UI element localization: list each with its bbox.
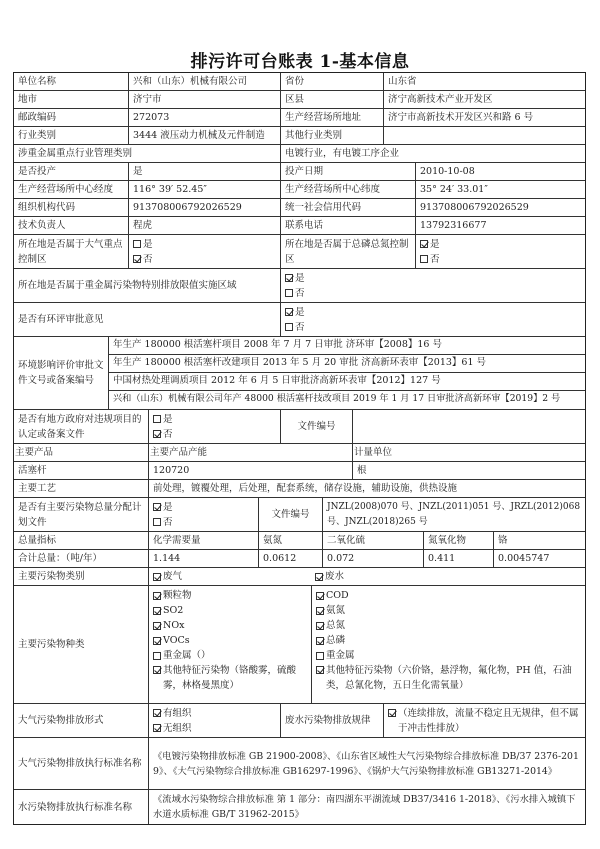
totals-header: 氮氧化物 — [424, 532, 494, 549]
checkbox-no[interactable]: 否 — [285, 320, 581, 335]
option-label: 是 — [143, 237, 153, 252]
other-industry-label: 其他行业类别 — [281, 127, 384, 144]
checkbox-checked-icon — [420, 240, 428, 248]
table-row: 技术负责人 程虎 联系电话 13792316677 — [14, 217, 585, 235]
checkbox-checked-icon — [285, 274, 293, 282]
checkbox-no[interactable]: 否 — [285, 286, 581, 301]
checkbox-yes[interactable]: 是 — [420, 237, 581, 252]
eia-section: 环境影响评价审批文件文号或备案编号 年生产 180000 根活塞杆项目 2008… — [14, 337, 585, 410]
product-row: 活塞杆 120720 根 — [14, 462, 585, 480]
option-label: 否 — [295, 286, 305, 301]
county-value: 济宁高新技术产业开发区 — [384, 91, 585, 108]
checkbox-checked-icon — [316, 622, 324, 630]
product-name: 活塞杆 — [14, 462, 149, 479]
pollutant-category-row: 主要污染物类别 废气 废水 — [14, 568, 585, 586]
eia-label: 环境影响评价审批文件文号或备案编号 — [14, 337, 109, 409]
checkbox-checked-icon — [153, 607, 161, 615]
checkbox-yes[interactable]: 是 — [285, 271, 581, 286]
checkbox-item[interactable]: 重金属 — [316, 648, 581, 663]
option-label: 否 — [163, 427, 173, 442]
option-label: 其他特征污染物（铬酸雾，硫酸雾，林格曼黑度） — [163, 663, 307, 693]
totals-header: 氨氮 — [259, 532, 323, 549]
products-header: 主要产品 — [14, 444, 149, 461]
phone-label: 联系电话 — [281, 217, 416, 234]
allocation-label: 是否有主要污染物总量分配计划文件 — [14, 498, 149, 531]
local-gov-file-no-value — [353, 410, 585, 443]
checkbox-item[interactable]: 总氮 — [316, 618, 581, 633]
latitude-value: 35° 24′ 33.01″ — [416, 181, 585, 198]
checkbox-checked-icon — [285, 308, 293, 316]
heavy-metal-value: 电镀行业，有电镀工序企业 — [281, 145, 585, 162]
eia-item: 年生产 180000 根活塞杆项目 2008 年 7 月 7 日审批 济环审【2… — [109, 337, 585, 355]
checkbox-yes[interactable]: 是 — [153, 500, 254, 515]
longitude-label: 生产经营场所中心经度 — [14, 181, 129, 198]
checkbox-item[interactable]: 氨氮 — [316, 603, 581, 618]
option-label: 是 — [430, 237, 440, 252]
table-row: 所在地是否属于重金属污染物特别排放限值实施区域 是 否 — [14, 269, 585, 303]
local-gov-options: 是 否 — [149, 410, 281, 443]
option-label: 是 — [163, 412, 173, 427]
checkbox-icon — [153, 652, 161, 660]
totals-value: 0.072 — [323, 550, 424, 567]
water-standards-value: 《流域水污染物综合排放标准 第 1 部分：南四湖东平湖流域 DB37/3416 … — [149, 790, 585, 824]
table-row: 涉重金属重点行业管理类别 电镀行业，有电镀工序企业 — [14, 145, 585, 163]
air-key-zone-label: 所在地是否属于大气重点控制区 — [14, 235, 129, 268]
checkbox-checked-icon — [153, 592, 161, 600]
postcode-value: 272073 — [129, 109, 281, 126]
in-production-value: 是 — [129, 163, 281, 180]
unit-name-value: 兴和（山东）机械有限公司 — [129, 73, 281, 90]
totals-values-row: 合计总量：（吨/年） 1.144 0.0612 0.072 0.411 0.00… — [14, 550, 585, 568]
checkbox-checked-icon — [316, 592, 324, 600]
phone-value: 13792316677 — [416, 217, 585, 234]
process-row: 主要工艺 前处理，镀覆处理，后处理，配套系统，储存设施，辅助设施，供热设施 — [14, 480, 585, 498]
process-value: 前处理，镀覆处理，后处理，配套系统，储存设施，辅助设施，供热设施 — [149, 480, 585, 497]
credit-code-value: 913708006792026529 — [416, 199, 585, 216]
unit-name-label: 单位名称 — [14, 73, 129, 90]
totals-header-row: 总量指标 化学需要量 氨氮 二氧化硫 氮氧化物 铬 — [14, 532, 585, 550]
option-label: VOCs — [163, 633, 190, 648]
products-header-row: 主要产品 主要产品产能 计量单位 — [14, 444, 585, 462]
checkbox-checked-icon — [153, 622, 161, 630]
totals-header: 总量指标 — [14, 532, 149, 549]
option-label: 总磷 — [326, 633, 345, 648]
production-date-label: 投产日期 — [281, 163, 416, 180]
air-emission-form-options: 有组织 无组织 — [149, 704, 281, 737]
checkbox-unorganized[interactable]: 无组织 — [153, 721, 276, 736]
checkbox-item[interactable]: VOCs — [153, 633, 307, 648]
unit-header: 计量单位 — [353, 444, 585, 461]
pollutant-category-water: 废水 — [311, 568, 585, 585]
eia-item: 兴和（山东）机械有限公司年产 48000 根活塞杆技改项目 2019 年 1 月… — [109, 391, 585, 409]
checkbox-yes[interactable]: 是 — [153, 412, 276, 427]
tpn-zone-label: 所在地是否属于总磷总氮控制区 — [281, 235, 416, 268]
table-row: 是否投产 是 投产日期 2010-10-08 — [14, 163, 585, 181]
eia-item: 年生产 180000 根活塞杆改建项目 2013 年 5 月 20 审批 济高新… — [109, 355, 585, 373]
option-label: 颗粒物 — [163, 588, 192, 603]
allocation-file-no-value: JNZL(2008)070 号、JNZL(2011)051 号、JRZL(201… — [323, 498, 585, 531]
product-capacity: 120720 — [149, 462, 353, 479]
eia-opinion-options: 是 否 — [281, 303, 585, 336]
checkbox-checked-icon — [153, 666, 161, 674]
checkbox-yes[interactable]: 是 — [133, 237, 276, 252]
air-standards-row: 大气污染物排放执行标准名称 《电镀污染物排放标准 GB 21900-2008》、… — [14, 738, 585, 790]
table-row: 组织机构代码 913708006792026529 统一社会信用代码 91370… — [14, 199, 585, 217]
other-industry-value — [384, 127, 585, 144]
postcode-label: 邮政编码 — [14, 109, 129, 126]
checkbox-icon — [420, 255, 428, 263]
air-standards-label: 大气污染物排放执行标准名称 — [14, 738, 149, 789]
option-label: 无组织 — [163, 721, 192, 736]
water-standards-label: 水污染物排放执行标准名称 — [14, 790, 149, 824]
city-label: 地市 — [14, 91, 129, 108]
city-value: 济宁市 — [129, 91, 281, 108]
heavy-metal-zone-options: 是 否 — [281, 269, 585, 302]
checkbox-item[interactable]: NOx — [153, 618, 307, 633]
capacity-header: 主要产品产能 — [149, 444, 353, 461]
checkbox-no[interactable]: 否 — [153, 427, 276, 442]
production-date-value: 2010-10-08 — [416, 163, 585, 180]
option-label: 否 — [295, 320, 305, 335]
latitude-label: 生产经营场所中心纬度 — [281, 181, 416, 198]
checkbox-checked-icon — [153, 503, 161, 511]
local-gov-file-no-label: 文件编号 — [281, 410, 353, 443]
checkbox-yes[interactable]: 是 — [285, 305, 581, 320]
table-row: 单位名称 兴和（山东）机械有限公司 省份 山东省 — [14, 73, 585, 91]
checkbox-item[interactable]: SO2 — [153, 603, 307, 618]
longitude-value: 116° 39′ 52.45″ — [129, 181, 281, 198]
option-label: COD — [326, 588, 349, 603]
checkbox-no[interactable]: 否 — [420, 252, 581, 267]
option-label: 否 — [163, 515, 173, 530]
tech-lead-value: 程虎 — [129, 217, 281, 234]
page-title: 排污许可台账表 1-基本信息 — [0, 47, 600, 72]
tpn-zone-options: 是 否 — [416, 235, 585, 268]
checkbox-icon — [285, 289, 293, 297]
option-label: （连续排放，流量不稳定且无规律，但不属于冲击性排放） — [398, 706, 581, 736]
allocation-options: 是 否 — [149, 498, 259, 531]
eia-item: 中国材热处理调质项目 2012 年 6 月 5 日审批济高新环表审【2012】1… — [109, 373, 585, 391]
checkbox-item[interactable]: 其他特征污染物（六价铬，悬浮物，氟化物，PH 值，石油类，总氰化物，五日生化需氧… — [316, 663, 581, 693]
checkbox-icon — [285, 323, 293, 331]
checkbox-checked-icon — [315, 573, 323, 581]
county-label: 区县 — [281, 91, 384, 108]
checkbox-checked-icon — [316, 607, 324, 615]
option-label: 总氮 — [326, 618, 345, 633]
emission-form-row: 大气污染物排放形式 有组织 无组织 废水污染物排放规律 （连续排放，流量不稳定且… — [14, 704, 585, 738]
water-emission-pattern-value: （连续排放，流量不稳定且无规律，但不属于冲击性排放） — [384, 704, 585, 737]
allocation-file-no-label: 文件编号 — [259, 498, 323, 531]
checkbox-no[interactable]: 否 — [133, 252, 276, 267]
option-label: 废水 — [325, 569, 344, 584]
checkbox-icon — [153, 518, 161, 526]
option-label: NOx — [163, 618, 184, 633]
checkbox-air[interactable]: 废气 — [153, 569, 307, 584]
checkbox-item[interactable]: 颗粒物 — [153, 588, 307, 603]
checkbox-checked-icon — [133, 255, 141, 263]
heavy-metal-zone-label: 所在地是否属于重金属污染物特别排放限值实施区域 — [14, 269, 281, 302]
province-label: 省份 — [281, 73, 384, 90]
checkbox-no[interactable]: 否 — [153, 515, 254, 530]
local-gov-label: 是否有地方政府对违规项目的认定或备案文件 — [14, 410, 149, 443]
option-label: 氨氮 — [326, 603, 345, 618]
table-row: 行业类别 3444 液压动力机械及元件制造 其他行业类别 — [14, 127, 585, 145]
checkbox-icon — [153, 415, 161, 423]
table-row: 生产经营场所中心经度 116° 39′ 52.45″ 生产经营场所中心纬度 35… — [14, 181, 585, 199]
industry-value: 3444 液压动力机械及元件制造 — [129, 127, 281, 144]
credit-code-label: 统一社会信用代码 — [281, 199, 416, 216]
eia-list: 年生产 180000 根活塞杆项目 2008 年 7 月 7 日审批 济环审【2… — [109, 337, 585, 409]
checkbox-checked-icon — [316, 637, 324, 645]
in-production-label: 是否投产 — [14, 163, 129, 180]
checkbox-item[interactable]: COD — [316, 588, 581, 603]
checkbox-organized[interactable]: 有组织 — [153, 706, 276, 721]
address-label: 生产经营场所地址 — [281, 109, 384, 126]
checkbox-checked-icon — [153, 430, 161, 438]
water-pollutants-list: COD 氨氮 总氮 总磷 重金属 其他特征污染物（六价铬，悬浮物，氟化物，PH … — [312, 586, 585, 703]
province-value: 山东省 — [384, 73, 585, 90]
option-label: 否 — [143, 252, 153, 267]
option-label: 其他特征污染物（六价铬，悬浮物，氟化物，PH 值，石油类，总氰化物，五日生化需氧… — [326, 663, 581, 693]
checkbox-icon — [316, 652, 324, 660]
checkbox-checked-icon — [153, 724, 161, 732]
basic-info-table: 单位名称 兴和（山东）机械有限公司 省份 山东省 地市 济宁市 区县 济宁高新技… — [13, 72, 586, 825]
checkbox-checked-icon — [153, 573, 161, 581]
totals-header: 二氧化硫 — [323, 532, 424, 549]
checkbox-checked-icon — [153, 637, 161, 645]
table-row: 地市 济宁市 区县 济宁高新技术产业开发区 — [14, 91, 585, 109]
option-label: 废气 — [163, 569, 182, 584]
address-value: 济宁市高新技术开发区兴和路 6 号 — [384, 109, 585, 126]
org-code-value: 913708006792026529 — [129, 199, 281, 216]
option-label: 重金属（） — [163, 648, 211, 663]
option-label: SO2 — [163, 603, 183, 618]
air-key-zone-options: 是 否 — [129, 235, 281, 268]
checkbox-checked-icon — [388, 709, 396, 717]
checkbox-continuous[interactable]: （连续排放，流量不稳定且无规律，但不属于冲击性排放） — [388, 706, 581, 736]
checkbox-checked-icon — [153, 709, 161, 717]
option-label: 有组织 — [163, 706, 192, 721]
checkbox-checked-icon — [316, 666, 324, 674]
totals-value: 0.0045747 — [494, 550, 585, 567]
pollutant-types-row: 主要污染物种类 颗粒物 SO2 NOx VOCs 重金属（） 其他特征污染物（铬… — [14, 586, 585, 704]
checkbox-icon — [133, 240, 141, 248]
heavy-metal-label: 涉重金属重点行业管理类别 — [14, 145, 281, 162]
totals-value: 合计总量：（吨/年） — [14, 550, 149, 567]
air-pollutants-list: 颗粒物 SO2 NOx VOCs 重金属（） 其他特征污染物（铬酸雾，硫酸雾，林… — [149, 586, 312, 703]
table-row: 所在地是否属于大气重点控制区 是 否 所在地是否属于总磷总氮控制区 是 否 — [14, 235, 585, 269]
air-standards-value: 《电镀污染物排放标准 GB 21900-2008》、《山东省区域性大气污染物综合… — [149, 738, 585, 789]
water-emission-pattern-label: 废水污染物排放规律 — [281, 704, 384, 737]
table-row: 邮政编码 272073 生产经营场所地址 济宁市高新技术开发区兴和路 6 号 — [14, 109, 585, 127]
org-code-label: 组织机构代码 — [14, 199, 129, 216]
totals-value: 0.411 — [424, 550, 494, 567]
industry-label: 行业类别 — [14, 127, 129, 144]
totals-header: 铬 — [494, 532, 585, 549]
allocation-row: 是否有主要污染物总量分配计划文件 是 否 文件编号 JNZL(2008)070 … — [14, 498, 585, 532]
product-unit: 根 — [353, 462, 585, 479]
option-label: 重金属 — [326, 648, 355, 663]
tech-lead-label: 技术负责人 — [14, 217, 129, 234]
pollutant-category-label: 主要污染物类别 — [14, 568, 149, 585]
table-row: 是否有地方政府对违规项目的认定或备案文件 是 否 文件编号 — [14, 410, 585, 444]
pollutant-types-label: 主要污染物种类 — [14, 586, 149, 703]
eia-opinion-label: 是否有环评审批意见 — [14, 303, 281, 336]
option-label: 是 — [163, 500, 173, 515]
checkbox-item[interactable]: 总磷 — [316, 633, 581, 648]
pollutant-category-air: 废气 — [149, 568, 311, 585]
process-label: 主要工艺 — [14, 480, 149, 497]
option-label: 否 — [430, 252, 440, 267]
table-row: 是否有环评审批意见 是 否 — [14, 303, 585, 337]
option-label: 是 — [295, 271, 305, 286]
totals-value: 1.144 — [149, 550, 259, 567]
checkbox-item[interactable]: 其他特征污染物（铬酸雾，硫酸雾，林格曼黑度） — [153, 663, 307, 693]
water-standards-row: 水污染物排放执行标准名称 《流域水污染物综合排放标准 第 1 部分：南四湖东平湖… — [14, 790, 585, 824]
totals-value: 0.0612 — [259, 550, 323, 567]
checkbox-water[interactable]: 废水 — [315, 569, 581, 584]
totals-header: 化学需要量 — [149, 532, 259, 549]
checkbox-item[interactable]: 重金属（） — [153, 648, 307, 663]
option-label: 是 — [295, 305, 305, 320]
air-emission-form-label: 大气污染物排放形式 — [14, 704, 149, 737]
